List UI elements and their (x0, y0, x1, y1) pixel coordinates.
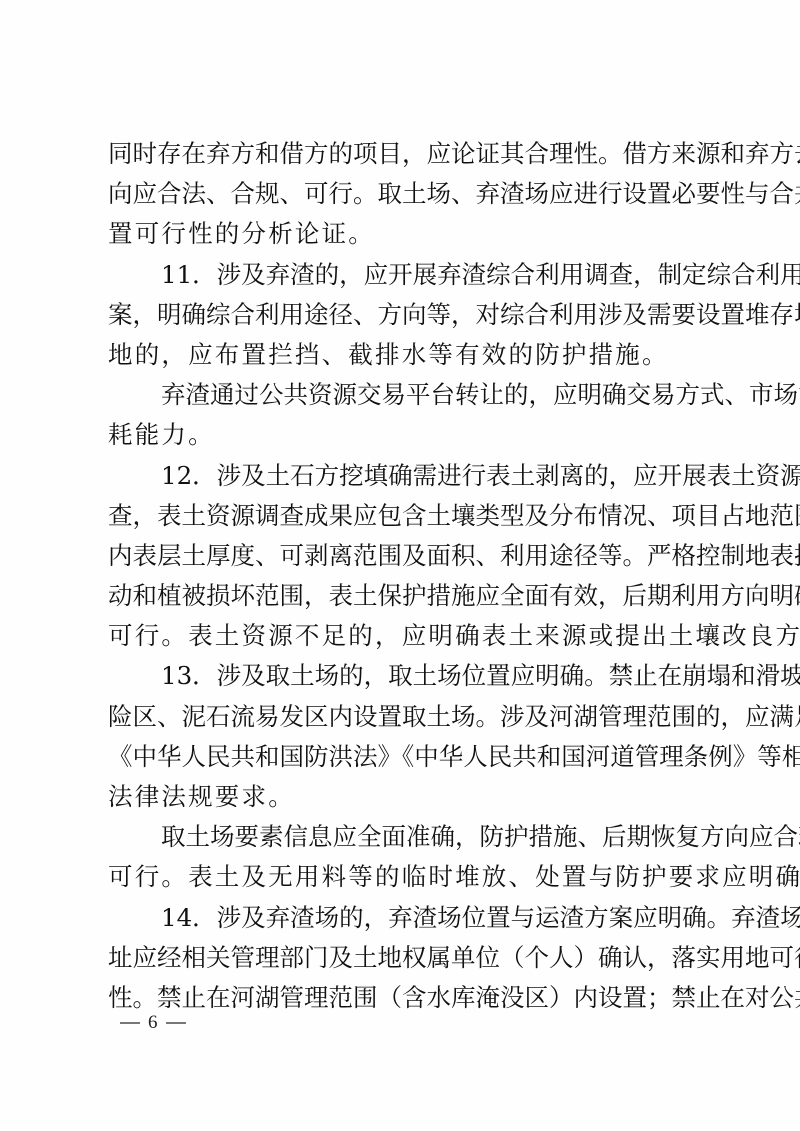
text-line: 耗能力。 (108, 415, 700, 455)
text-line: 法律法规要求。 (108, 777, 700, 817)
dash-right (166, 1022, 186, 1024)
paragraph-item-13-info: 取土场要素信息应全面准确，防护措施、后期恢复方向应合理 可行。表土及无用料等的临… (108, 817, 700, 897)
paragraph-item-11: 11．涉及弃渣的，应开展弃渣综合利用调查，制定综合利用方 案，明确综合利用途径、… (108, 255, 700, 376)
text-line: 取土场要素信息应全面准确，防护措施、后期恢复方向应合理 (108, 817, 700, 857)
text-line: 可行。表土资源不足的，应明确表土来源或提出土壤改良方案。 (108, 616, 700, 656)
paragraph-item-12: 12．涉及土石方挖填确需进行表土剥离的，应开展表土资源调 查，表土资源调查成果应… (108, 456, 700, 657)
text-line: 向应合法、合规、可行。取土场、弃渣场应进行设置必要性与合并设 (108, 174, 700, 214)
paragraph-item-14: 14．涉及弃渣场的，弃渣场位置与运渣方案应明确。弃渣场选 址应经相关管理部门及土… (108, 898, 700, 1019)
text-line: 14．涉及弃渣场的，弃渣场位置与运渣方案应明确。弃渣场选 (108, 898, 700, 938)
page-number: 6 (120, 1012, 186, 1034)
text-line: 13．涉及取土场的，取土场位置应明确。禁止在崩塌和滑坡危 (108, 656, 700, 696)
paragraph-item-13: 13．涉及取土场的，取土场位置应明确。禁止在崩塌和滑坡危 险区、泥石流易发区内设… (108, 656, 700, 817)
text-line: 置可行性的分析论证。 (108, 214, 700, 254)
text-line: 可行。表土及无用料等的临时堆放、处置与防护要求应明确。 (108, 857, 700, 897)
dash-left (120, 1022, 140, 1024)
text-line: 性。禁止在河湖管理范围（含水库淹没区）内设置；禁止在对公共设 (108, 978, 700, 1018)
text-line: 址应经相关管理部门及土地权属单位（个人）确认，落实用地可行 (108, 938, 700, 978)
text-line: 同时存在弃方和借方的项目，应论证其合理性。借方来源和弃方去 (108, 134, 700, 174)
text-line: 地的，应布置拦挡、截排水等有效的防护措施。 (108, 335, 700, 375)
text-line: 11．涉及弃渣的，应开展弃渣综合利用调查，制定综合利用方 (108, 255, 700, 295)
text-line: 查，表土资源调查成果应包含土壤类型及分布情况、项目占地范围 (108, 496, 700, 536)
paragraph-continuation: 同时存在弃方和借方的项目，应论证其合理性。借方来源和弃方去 向应合法、合规、可行… (108, 134, 700, 255)
body-text: 同时存在弃方和借方的项目，应论证其合理性。借方来源和弃方去 向应合法、合规、可行… (108, 134, 700, 1018)
text-line: 内表层土厚度、可剥离范围及面积、利用途径等。严格控制地表扰 (108, 536, 700, 576)
text-line: 案，明确综合利用途径、方向等，对综合利用涉及需要设置堆存场 (108, 295, 700, 335)
text-line: 《中华人民共和国防洪法》《中华人民共和国河道管理条例》等相关 (108, 737, 700, 777)
text-line: 12．涉及土石方挖填确需进行表土剥离的，应开展表土资源调 (108, 456, 700, 496)
text-line: 动和植被损坏范围，表土保护措施应全面有效，后期利用方向明确 (108, 576, 700, 616)
page-number-value: 6 (148, 1012, 158, 1034)
text-line: 险区、泥石流易发区内设置取土场。涉及河湖管理范围的，应满足 (108, 697, 700, 737)
document-page: 同时存在弃方和借方的项目，应论证其合理性。借方来源和弃方去 向应合法、合规、可行… (0, 0, 800, 1131)
text-line: 弃渣通过公共资源交易平台转让的，应明确交易方式、市场消 (108, 375, 700, 415)
paragraph-item-11-transfer: 弃渣通过公共资源交易平台转让的，应明确交易方式、市场消 耗能力。 (108, 375, 700, 455)
